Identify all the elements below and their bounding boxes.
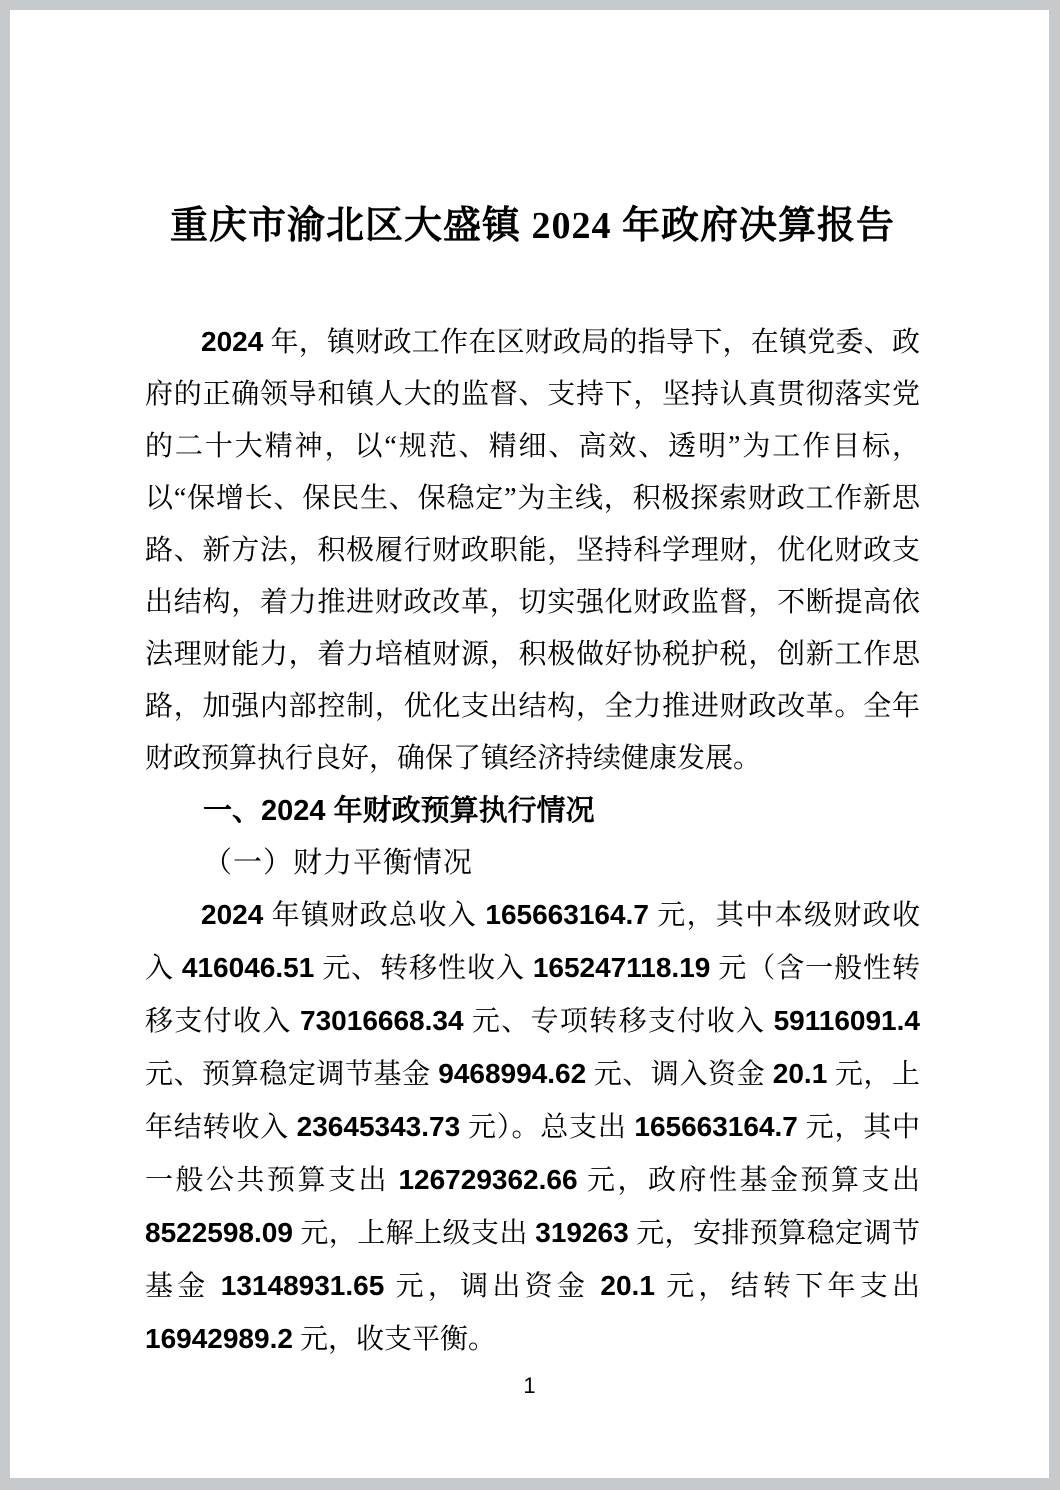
section-heading: 一、2024 年财政预算执行情况 bbox=[145, 785, 920, 837]
numeric-value: 319263 bbox=[535, 1217, 628, 1248]
numeric-value: 165247118.19 bbox=[533, 952, 711, 983]
document-content: 2024 年，镇财政工作在区财政局的指导下，在镇党委、政府的正确领导和镇人大的监… bbox=[145, 316, 920, 1366]
body-paragraph: 2024 年镇财政总收入 165663164.7 元，其中本级财政收入 4160… bbox=[145, 889, 920, 1366]
numeric-value: 165663164.7 bbox=[485, 899, 649, 930]
numeric-value: 2024 bbox=[261, 795, 326, 827]
numeric-value: 2024 bbox=[201, 326, 263, 357]
page-background: 重庆市渝北区大盛镇 2024 年政府决算报告 2024 年，镇财政工作在区财政局… bbox=[0, 0, 1060, 1490]
numeric-value: 13148931.65 bbox=[221, 1270, 385, 1301]
numeric-value: 416046.51 bbox=[182, 952, 314, 983]
numeric-value: 2024 bbox=[201, 899, 263, 930]
subsection-heading: （一）财力平衡情况 bbox=[145, 837, 920, 889]
document-page: 重庆市渝北区大盛镇 2024 年政府决算报告 2024 年，镇财政工作在区财政局… bbox=[10, 10, 1049, 1478]
numeric-value: 8522598.09 bbox=[145, 1217, 293, 1248]
numeric-value: 20.1 bbox=[600, 1270, 655, 1301]
numeric-value: 9468994.62 bbox=[438, 1058, 586, 1089]
page-number: 1 bbox=[10, 1374, 1049, 1398]
numeric-value: 165663164.7 bbox=[634, 1111, 798, 1142]
numeric-value: 59116091.4 bbox=[774, 1005, 920, 1036]
numeric-value: 23645343.73 bbox=[297, 1111, 461, 1142]
numeric-value: 126729362.66 bbox=[398, 1164, 577, 1195]
body-paragraph: 2024 年，镇财政工作在区财政局的指导下，在镇党委、政府的正确领导和镇人大的监… bbox=[145, 316, 920, 785]
document-title: 重庆市渝北区大盛镇 2024 年政府决算报告 bbox=[145, 202, 920, 250]
numeric-value: 20.1 bbox=[773, 1058, 828, 1089]
numeric-value: 16942989.2 bbox=[145, 1323, 293, 1354]
numeric-value: 73016668.34 bbox=[300, 1005, 464, 1036]
